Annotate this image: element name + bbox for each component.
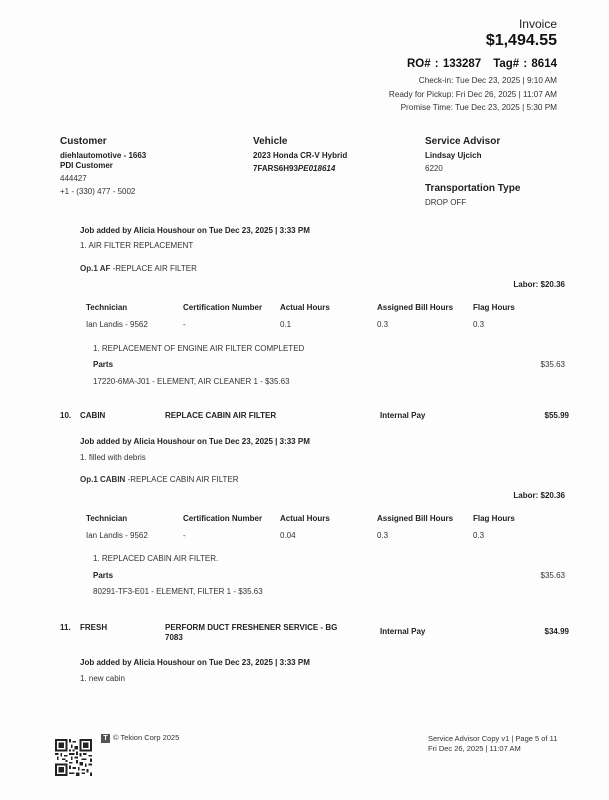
col-certification: Certification Number <box>183 303 262 312</box>
operation-code: Op.1 CABIN <box>80 475 125 484</box>
customer-type: PDI Customer <box>60 161 113 170</box>
parts-label: Parts <box>93 571 113 580</box>
job-added-by: Job added by Alicia Houshour on Tue Dec … <box>80 437 310 446</box>
job-description: PERFORM DUCT FRESHENER SERVICE - BG7083 <box>165 623 337 643</box>
parts-label: Parts <box>93 360 113 369</box>
transportation-type-heading: Transportation Type <box>425 183 520 194</box>
tech-name: Ian Landis - 9562 <box>86 531 148 540</box>
tech-assigned-hours: 0.3 <box>377 320 388 329</box>
job-description: REPLACE CABIN AIR FILTER <box>165 411 276 420</box>
vin-suffix: PE018614 <box>298 164 335 173</box>
part-line: 17220-6MA-J01 - ELEMENT, AIR CLEANER 1 -… <box>93 377 290 386</box>
ready-for-pickup-time: Ready for Pickup: Fri Dec 26, 2025 | 11:… <box>389 90 557 99</box>
operation-line: Op.1 CABIN -REPLACE CABIN AIR FILTER <box>80 475 239 484</box>
labor-amount: Labor: $20.36 <box>513 280 565 289</box>
tech-assigned-hours: 0.3 <box>377 531 388 540</box>
job-pay-type: Internal Pay <box>380 411 425 420</box>
vehicle-heading: Vehicle <box>253 136 287 147</box>
job-pay-type: Internal Pay <box>380 627 425 636</box>
footer-printed-at: Fri Dec 26, 2025 | 11:07 AM <box>428 744 521 753</box>
qr-code-icon <box>55 739 92 776</box>
col-assigned-bill-hours: Assigned Bill Hours <box>377 303 453 312</box>
job-amount: $55.99 <box>545 411 569 420</box>
col-actual-hours: Actual Hours <box>280 303 330 312</box>
parts-total: $35.63 <box>541 571 565 580</box>
col-technician: Technician <box>86 514 127 523</box>
labor-amount: Labor: $20.36 <box>513 491 565 500</box>
tech-name: Ian Landis - 9562 <box>86 320 148 329</box>
vin-prefix: 7FARS6H93 <box>253 164 298 173</box>
transportation-type-value: DROP OFF <box>425 198 466 207</box>
job-added-by: Job added by Alicia Houshour on Tue Dec … <box>80 226 310 235</box>
copyright-text: © Tekion Corp 2025 <box>113 733 179 742</box>
job-added-by: Job added by Alicia Houshour on Tue Dec … <box>80 658 310 667</box>
promise-time: Promise Time: Tue Dec 23, 2025 | 5:30 PM <box>401 103 557 112</box>
ro-number: RO# : 133287 <box>407 58 481 70</box>
part-line: 80291-TF3-E01 - ELEMENT, FILTER 1 - $35.… <box>93 587 263 596</box>
job-description-line1: PERFORM DUCT FRESHENER SERVICE - BG <box>165 623 337 632</box>
job-code: CABIN <box>80 411 105 420</box>
tag-number: Tag# : 8614 <box>493 58 557 70</box>
operation-description: -REPLACE AIR FILTER <box>110 264 197 273</box>
operation-line: Op.1 AF -REPLACE AIR FILTER <box>80 264 197 273</box>
operation-code: Op.1 AF <box>80 264 110 273</box>
ro-tag-line: RO# : 133287Tag# : 8614 <box>407 58 557 70</box>
job-concern: 1. filled with debris <box>80 453 146 462</box>
job-description-line2: 7083 <box>165 633 183 642</box>
parts-total: $35.63 <box>541 360 565 369</box>
vehicle-vin: 7FARS6H93PE018614 <box>253 164 335 173</box>
col-assigned-bill-hours: Assigned Bill Hours <box>377 514 453 523</box>
service-advisor-name: Lindsay Ujcich <box>425 151 481 160</box>
footer-copy-info: Service Advisor Copy v1 | Page 5 of 11 <box>428 734 557 743</box>
correction-text: 1. REPLACEMENT OF ENGINE AIR FILTER COMP… <box>93 344 304 353</box>
check-in-time: Check-in: Tue Dec 23, 2025 | 9:10 AM <box>419 76 557 85</box>
tech-cert: - <box>183 320 186 329</box>
invoice-total: $1,494.55 <box>486 32 557 50</box>
job-code: FRESH <box>80 623 107 632</box>
tech-flag-hours: 0.3 <box>473 320 484 329</box>
tekion-logo-icon: T <box>101 734 110 743</box>
footer-copyright: T© Tekion Corp 2025 <box>101 733 179 743</box>
tech-actual-hours: 0.1 <box>280 320 291 329</box>
correction-text: 1. REPLACED CABIN AIR FILTER. <box>93 554 218 563</box>
operation-description: -REPLACE CABIN AIR FILTER <box>125 475 238 484</box>
service-advisor-heading: Service Advisor <box>425 136 500 147</box>
col-certification: Certification Number <box>183 514 262 523</box>
job-number: 10. <box>60 411 71 420</box>
tech-cert: - <box>183 531 186 540</box>
col-flag-hours: Flag Hours <box>473 514 515 523</box>
tech-actual-hours: 0.04 <box>280 531 296 540</box>
customer-id: 444427 <box>60 174 87 183</box>
job-number: 11. <box>60 623 71 632</box>
customer-name: diehlautomotive - 1663 <box>60 151 146 160</box>
tech-flag-hours: 0.3 <box>473 531 484 540</box>
customer-heading: Customer <box>60 136 107 147</box>
job-concern: 1. AIR FILTER REPLACEMENT <box>80 241 193 250</box>
col-actual-hours: Actual Hours <box>280 514 330 523</box>
col-technician: Technician <box>86 303 127 312</box>
service-advisor-id: 6220 <box>425 164 443 173</box>
job-amount: $34.99 <box>545 627 569 636</box>
col-flag-hours: Flag Hours <box>473 303 515 312</box>
job-concern: 1. new cabin <box>80 674 125 683</box>
invoice-title: Invoice <box>519 17 557 31</box>
vehicle-model: 2023 Honda CR-V Hybrid <box>253 151 347 160</box>
customer-phone: +1 - (330) 477 - 5002 <box>60 187 135 196</box>
